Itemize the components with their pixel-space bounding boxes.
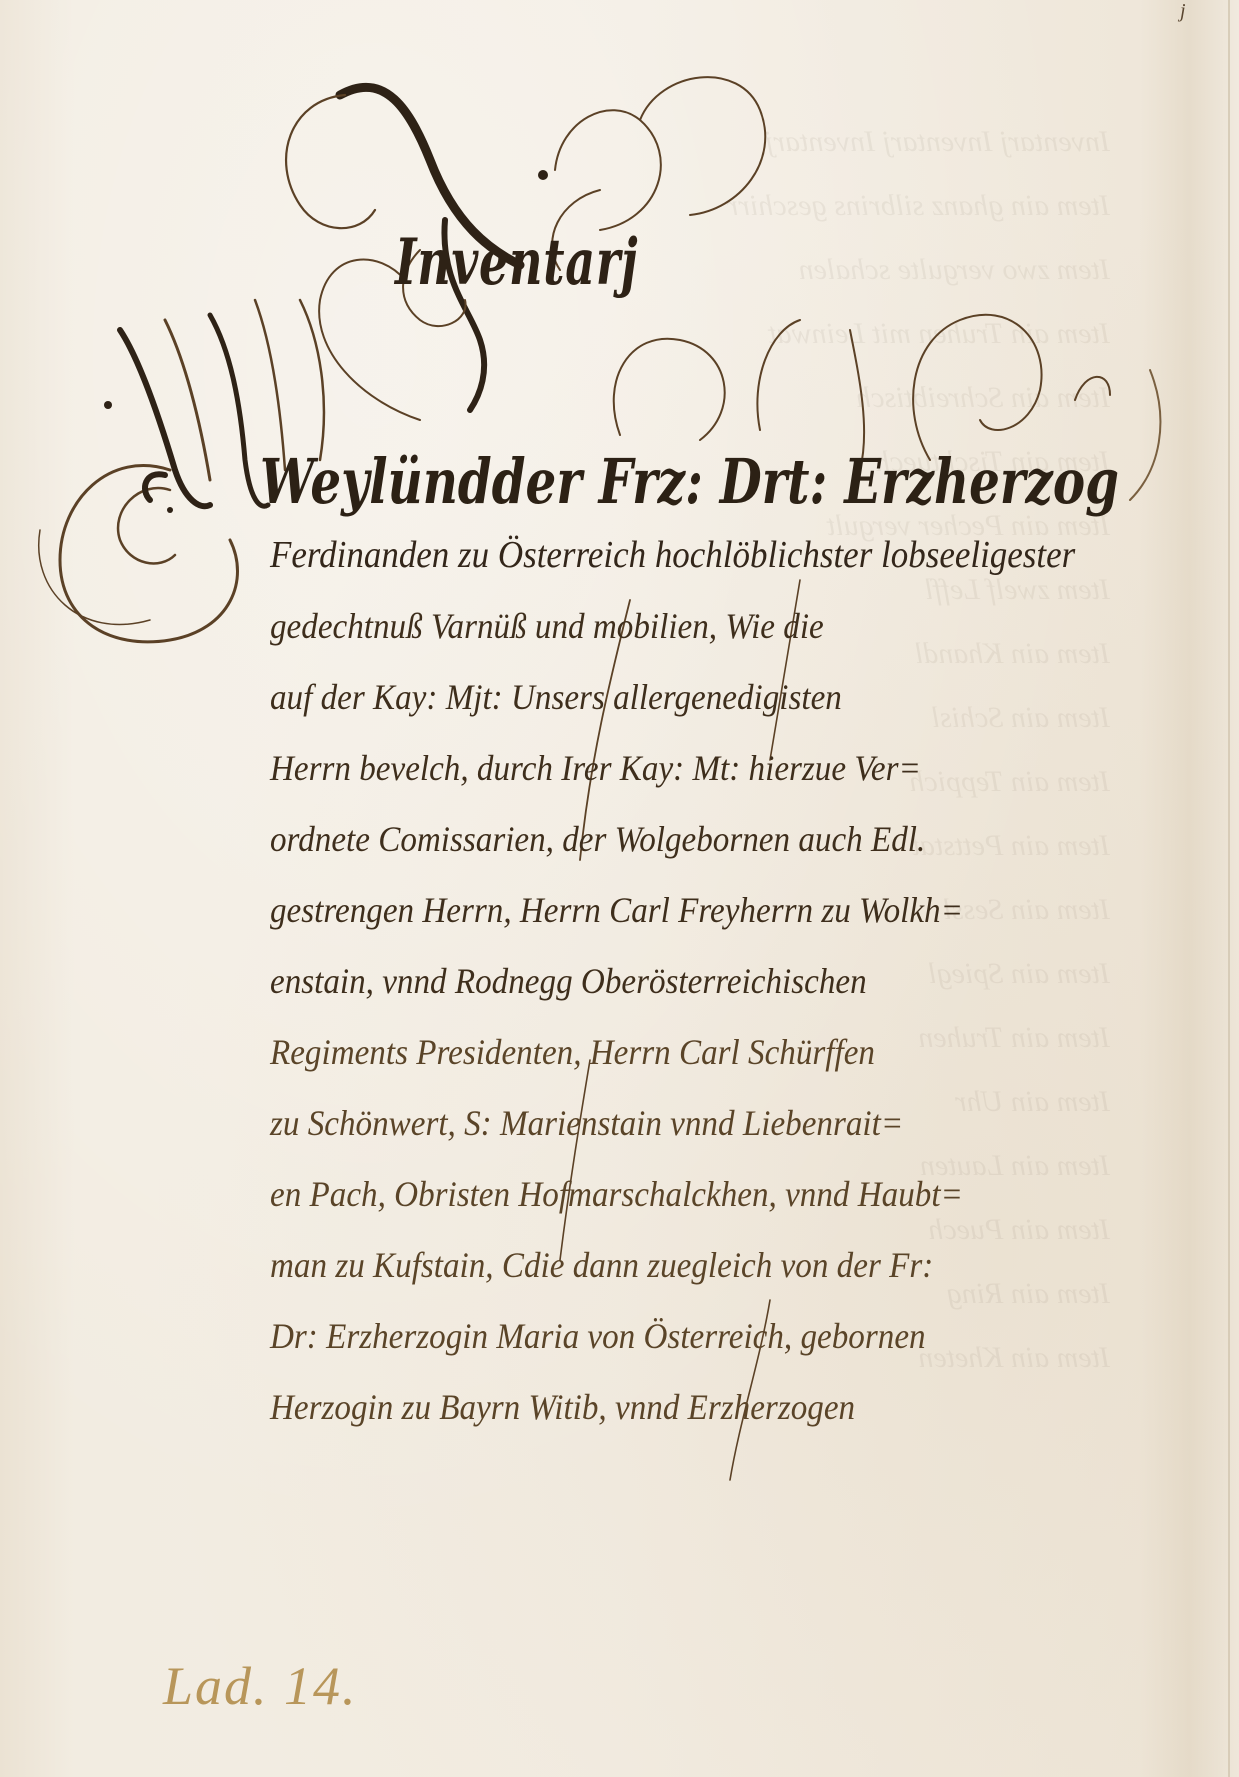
body-text: Ferdinanden zu Österreich hochlöblichste… xyxy=(270,520,1200,1443)
text-line: gestrengen Herrn, Herrn Carl Freyherrn z… xyxy=(270,875,1126,946)
heading-line: Weylündder Frz: Drt: Erzherzog xyxy=(260,445,1119,518)
text-line: ordnete Comissarien, der Wolgebornen auc… xyxy=(270,804,1126,875)
bleed-line: Item ain Truhen mit Leinwat xyxy=(110,302,1110,366)
document-title: Inventarj xyxy=(395,225,638,300)
text-line: enstain, vnnd Rodnegg Oberösterreichisch… xyxy=(270,946,1126,1017)
text-line: gedechtnuß Varnüß und mobilien, Wie die xyxy=(270,591,1126,662)
shelfmark-annotation: Lad. 14. xyxy=(163,1655,358,1717)
page-edge-fold xyxy=(1228,0,1230,1777)
manuscript-page: Inventarj Inventarj Inventarj Item ain g… xyxy=(0,0,1239,1777)
text-line: auf der Kay: Mjt: Unsers allergenedigist… xyxy=(270,662,1126,733)
text-line: Regiments Presidenten, Herrn Carl Schürf… xyxy=(270,1017,1126,1088)
text-line: Dr: Erzherzogin Maria von Österreich, ge… xyxy=(270,1301,1126,1372)
corner-mark: j xyxy=(1180,0,1186,23)
text-line: Herrn bevelch, durch Irer Kay: Mt: hierz… xyxy=(270,733,1126,804)
bleed-line: Item ain Schreibtisch xyxy=(110,366,1110,430)
text-line: man zu Kufstain, Cdie dann zuegleich von… xyxy=(270,1230,1126,1301)
text-line: Herzogin zu Bayrn Witib, vnnd Erzherzoge… xyxy=(270,1372,1126,1443)
text-line: Ferdinanden zu Österreich hochlöblichste… xyxy=(270,520,1126,591)
text-line: en Pach, Obristen Hofmarschalckhen, vnnd… xyxy=(270,1159,1126,1230)
text-line: zu Schönwert, S: Marienstain vnnd Lieben… xyxy=(270,1088,1126,1159)
bleed-line: Inventarj Inventarj Inventarj xyxy=(110,110,1110,174)
